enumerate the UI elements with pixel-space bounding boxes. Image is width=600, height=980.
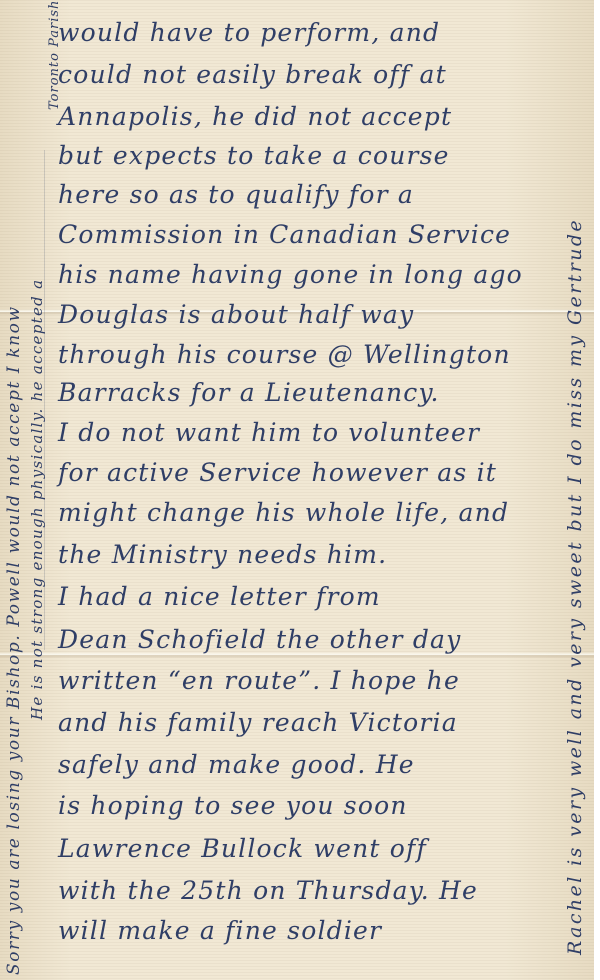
body-line: Douglas is about half way: [58, 302, 414, 327]
body-line: his name having gone in long ago: [58, 262, 523, 287]
body-line: Commission in Canadian Service: [58, 222, 511, 247]
margin-note-left-inner: He is not strong enough physically. he a…: [30, 279, 45, 720]
body-line: Annapolis, he did not accept: [58, 104, 452, 129]
body-line: the Ministry needs him.: [58, 542, 387, 567]
margin-note-left-outer: Sorry you are losing your Bishop. Powell…: [6, 305, 23, 975]
body-line: is hoping to see you soon: [58, 793, 408, 818]
body-line: through his course @ Wellington: [58, 342, 511, 367]
margin-note-right: Rachel is very well and very sweet but I…: [566, 218, 585, 955]
body-line: safely and make good. He: [58, 752, 415, 777]
body-line: I had a nice letter from: [58, 584, 381, 609]
body-line: written “en route”. I hope he: [58, 668, 460, 693]
body-line: I do not want him to volunteer: [58, 420, 480, 445]
body-line: and his family reach Victoria: [58, 710, 458, 735]
body-line: Lawrence Bullock went off: [58, 836, 427, 861]
letter-page: would have to perform, and could not eas…: [0, 0, 594, 980]
body-line: for active Service however as it: [58, 460, 497, 485]
body-line: but expects to take a course: [58, 143, 450, 168]
body-line: Dean Schofield the other day: [58, 627, 461, 652]
body-line: Barracks for a Lieutenancy.: [58, 380, 440, 405]
margin-note-left-inner-top: Toronto Parish: [48, 0, 61, 110]
body-line: with the 25th on Thursday. He: [58, 878, 478, 903]
body-line: might change his whole life, and: [58, 500, 509, 525]
body-line: could not easily break off at: [58, 62, 447, 87]
body-line: would have to perform, and: [58, 20, 440, 45]
body-line: here so as to qualify for a: [58, 182, 414, 207]
body-line: will make a fine soldier: [58, 918, 382, 943]
